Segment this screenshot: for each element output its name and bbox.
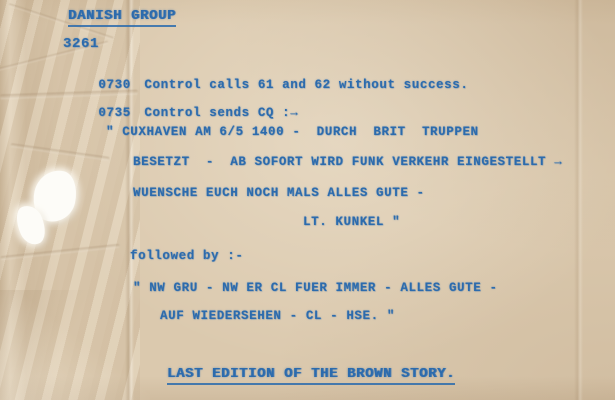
paper-fold-vertical-right (574, 0, 583, 400)
document-footer: LAST EDITION OF THE BROWN STORY. (167, 366, 455, 385)
serial-number: 3261 (63, 36, 99, 52)
document-title: DANISH GROUP (68, 8, 176, 27)
log-time: 0730 (98, 78, 144, 92)
message-line: " CUXHAVEN AM 6/5 1400 - DURCH BRIT TRUP… (106, 125, 479, 139)
log-text: Control sends CQ :→ (144, 106, 298, 120)
message-line: AUF WIEDERSEHEN - CL - HSE. " (160, 309, 395, 323)
message-signature: LT. KUNKEL " (303, 215, 400, 229)
log-time: 0735 (98, 106, 144, 120)
followed-by-label: followed by :- (130, 249, 243, 263)
log-text: Control calls 61 and 62 without success. (144, 78, 468, 92)
paper-fold-corner (0, 290, 150, 400)
message-line: WUENSCHE EUCH NOCH MALS ALLES GUTE - (133, 186, 425, 200)
message-line: BESETZT - AB SOFORT WIRD FUNK VERKEHR EI… (133, 155, 562, 169)
paper-background (0, 0, 615, 400)
message-line: " NW GRU - NW ER CL FUER IMMER - ALLES G… (133, 281, 498, 295)
